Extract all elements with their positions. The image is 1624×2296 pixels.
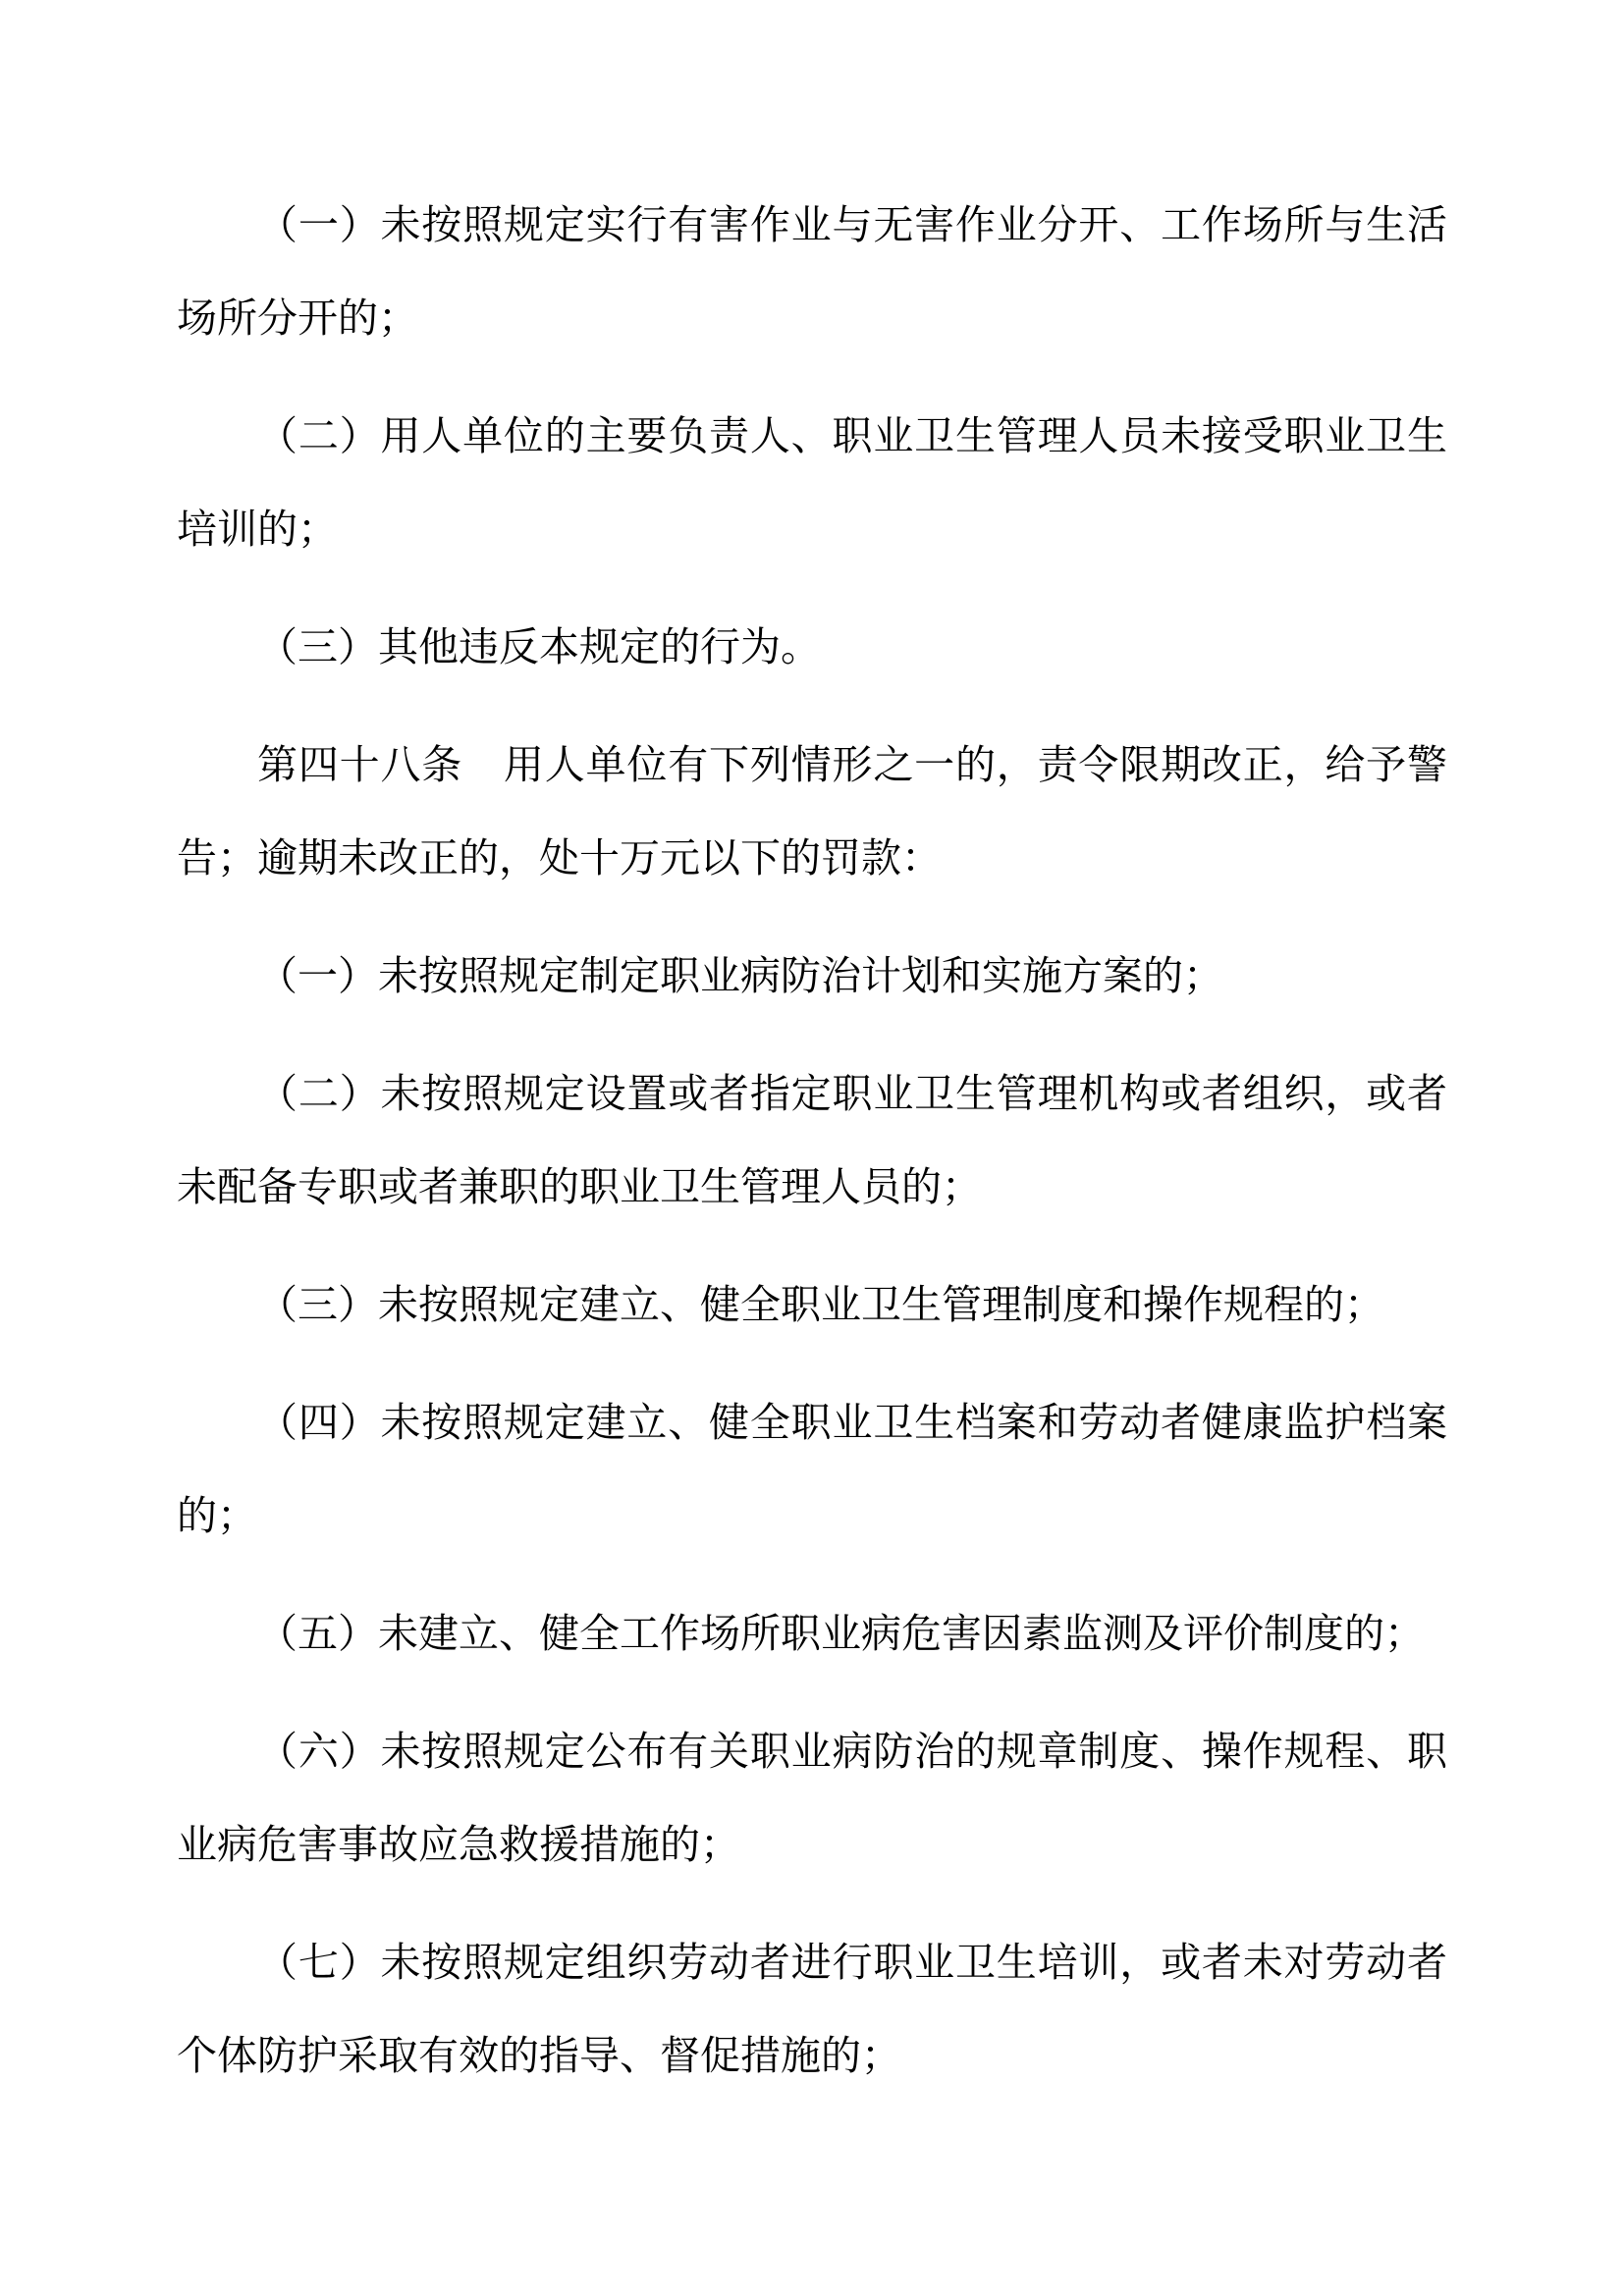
paragraph: （二）用人单位的主要负责人、职业卫生管理人员未接受职业卫生培训的；	[177, 390, 1447, 576]
paragraph: （三）其他违反本规定的行为。	[177, 601, 1447, 694]
paragraph: （四）未按照规定建立、健全职业卫生档案和劳动者健康监护档案的；	[177, 1376, 1447, 1563]
paragraph: （二）未按照规定设置或者指定职业卫生管理机构或者组织，或者未配备专职或者兼职的职…	[177, 1047, 1447, 1234]
paragraph-article-48: 第四十八条 用人单位有下列情形之一的，责令限期改正，给予警告；逾期未改正的，处十…	[177, 719, 1447, 905]
paragraph: （五）未建立、健全工作场所职业病危害因素监测及评价制度的；	[177, 1587, 1447, 1681]
document-page: （一）未按照规定实行有害作业与无害作业分开、工作场所与生活场所分开的； （二）用…	[0, 0, 1624, 2296]
paragraph: （一）未按照规定实行有害作业与无害作业分开、工作场所与生活场所分开的；	[177, 179, 1447, 365]
paragraph: （三）未按照规定建立、健全职业卫生管理制度和操作规程的；	[177, 1258, 1447, 1352]
paragraph: （六）未按照规定公布有关职业病防治的规章制度、操作规程、职业病危害事故应急救援措…	[177, 1705, 1447, 1892]
paragraph: （一）未按照规定制定职业病防治计划和实施方案的；	[177, 930, 1447, 1023]
paragraph: （七）未按照规定组织劳动者进行职业卫生培训，或者未对劳动者个体防护采取有效的指导…	[177, 1916, 1447, 2103]
